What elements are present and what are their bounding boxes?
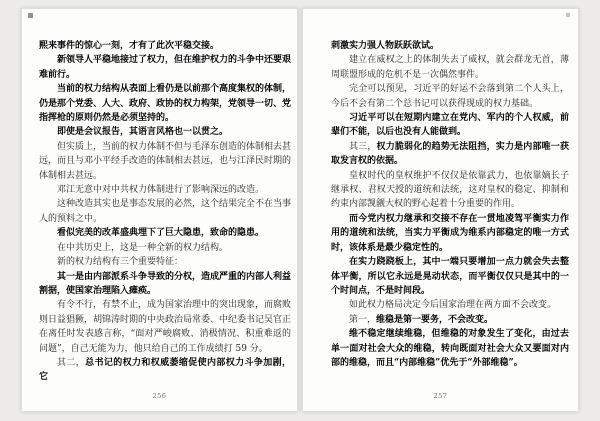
- paragraph: 新领导人平稳地接过了权力，但在维护权力的斗争中还要艰难前行。: [39, 53, 291, 82]
- paragraph-lead: 第一，: [349, 315, 376, 325]
- paragraph: 邓江无意中对中共权力体制进行了影响深远的改造。: [39, 183, 291, 197]
- paragraph: 完全可以预见，习近平的好运不会落到第二个人头上，今后不会有第二个总书记可以获得现…: [331, 82, 569, 111]
- left-page: 熙来事件的惊心一刻，才有了此次平稳交接。新领导人平稳地接过了权力，但在维护权力的…: [21, 8, 298, 412]
- paragraph: 刺激实力强人物跃跃欲试。: [331, 39, 569, 53]
- paragraph: 熙来事件的惊心一刻，才有了此次平稳交接。: [39, 39, 291, 53]
- paragraph-lead: 其三，: [349, 142, 377, 152]
- paragraph: 但实质上，当前的权力体制不但与毛泽东创造的体制相去甚远，而且与邓小平经手改造的体…: [39, 140, 291, 183]
- paragraph: 其二，总书记的权力和权威萎缩促使内部权力斗争加剧，它: [39, 356, 291, 385]
- paragraph: 这种改造其实也是事态发展的必然，这个结果完全不在当事人的预料之中。: [39, 197, 291, 226]
- document-spread: 熙来事件的惊心一刻，才有了此次平稳交接。新领导人平稳地接过了权力，但在维护权力的…: [0, 0, 600, 421]
- left-page-number: 256: [22, 392, 297, 400]
- paragraph: 在中共历史上，这是一种全新的权力结构。: [39, 241, 291, 255]
- paragraph: 习近平可以在短期内建立在党内、军内的个人权威，前辈们不能，以后也没有人能做到。: [331, 111, 569, 140]
- paragraph: 建立在威权之上的体制失去了威权，就会群龙无首，薄周联盟形成的危机不是一次偶然事件…: [331, 53, 569, 82]
- paragraph: 皇权时代的皇权维护不仅仅是依靠武力，也依靠嫡长子继承权、君权天授的道统和法统，这…: [331, 169, 569, 212]
- paragraph: 新的权力结构有三个重要特征：: [39, 255, 291, 269]
- right-page-body: 刺激实力强人物跃跃欲试。建立在威权之上的体制失去了威权，就会群龙无首，薄周联盟形…: [331, 39, 569, 370]
- left-page-body: 熙来事件的惊心一刻，才有了此次平稳交接。新领导人平稳地接过了权力，但在维护权力的…: [39, 39, 291, 385]
- paragraph-lead: 其二，: [57, 358, 85, 368]
- paragraph: 当前的权力结构从表面上看仍是以前那个高度集权的体制，仍是那个党委、人大、政府、政…: [39, 82, 291, 125]
- paragraph: 有令不行，有禁不止，成为国家治理中的突出现象，而腐败则日益猖獗，胡锦涛时期的中央…: [39, 298, 291, 356]
- scan-artifact: [28, 13, 33, 18]
- paragraph: 其三，权力脆弱化的趋势无法阻挡，实力是内部唯一获取发言权的依据。: [331, 140, 569, 169]
- paragraph: 维不稳定继续维稳，但维稳的对象发生了变化，由过去单一面对社会大众的维稳，转向既面…: [331, 327, 569, 370]
- paragraph: 在实力跷跷板上，其中一端只要增加一点力就会失去整体平衡，所以它永远是晃动状态，而…: [331, 255, 569, 298]
- paragraph: 看似完美的改革盛典埋下了巨大隐患，致命的隐患。: [39, 226, 291, 240]
- paragraph: 其一是由内部派系斗争导致的分权，造成严重的内部人利益割据，使国家治理陷入瘫痪。: [39, 270, 291, 299]
- paragraph: 而今党内权力继承和交接不存在一贯地凌驾平衡实力作用的道统和法统，当实力平衡成为维…: [331, 212, 569, 255]
- scan-artifact: [566, 13, 570, 17]
- paragraph: 第一，维稳是第一要务，不会改变。: [331, 313, 569, 327]
- paragraph: 即使是会议报告，其语言风格也一以贯之。: [39, 125, 291, 139]
- right-page-number: 257: [303, 392, 578, 400]
- right-page: 刺激实力强人物跃跃欲试。建立在威权之上的体制失去了威权，就会群龙无首，薄周联盟形…: [302, 8, 579, 412]
- paragraph: 如此权力格局决定今后国家治理在两方面不会改变。: [331, 298, 569, 312]
